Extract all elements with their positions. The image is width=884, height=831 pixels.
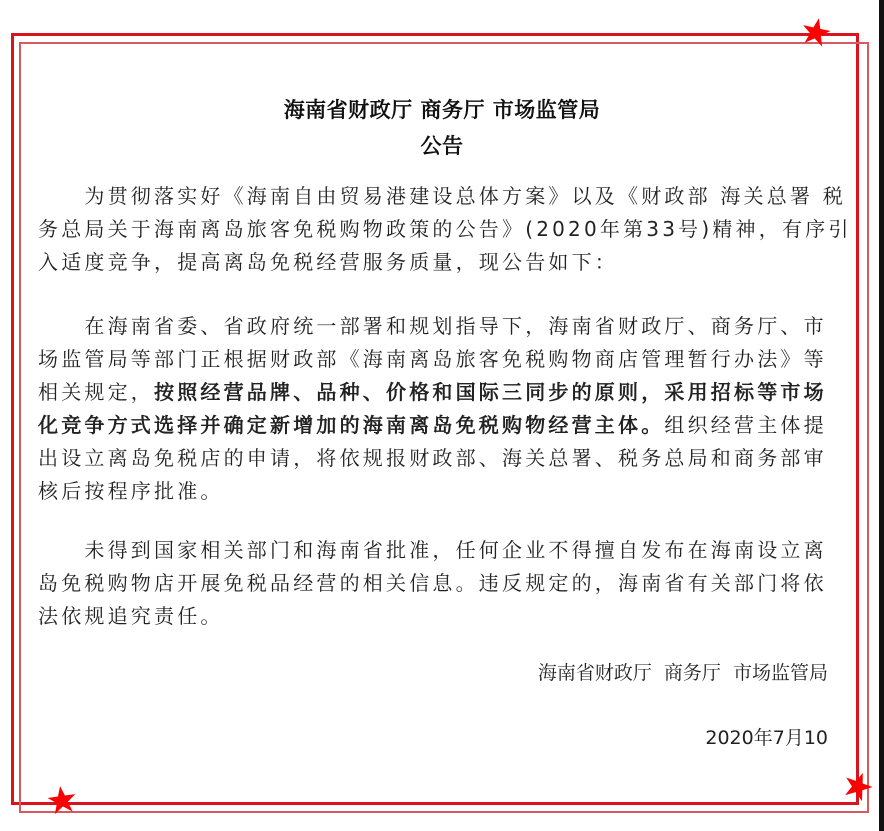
text-line: 在海南省委、省政府统一部署和规划指导下，海南省财政厅、商务厅、市 bbox=[38, 310, 827, 339]
text-line: 核后按程序批准。 bbox=[38, 475, 224, 504]
text-line: 场监管局等部门正根据财政部《海南离岛旅客免税购物商店管理暂行办法》等 bbox=[38, 343, 827, 372]
text-line: 未得到国家相关部门和海南省批准，任何企业不得擅自发布在海南设立离 bbox=[38, 534, 827, 563]
document-subtitle: 公告 bbox=[0, 130, 884, 160]
text-line: 化竞争方式选择并确定新增加的海南离岛免税购物经营主体。组织经营主体提 bbox=[38, 409, 827, 438]
star-icon bbox=[801, 17, 831, 47]
text-line: 相关规定，按照经营品牌、品种、价格和国际三同步的原则，采用招标等市场 bbox=[38, 376, 827, 405]
star-icon bbox=[843, 771, 873, 801]
text-line: 岛免税购物店开展免税品经营的相关信息。违反规定的，海南省有关部门将依 bbox=[38, 567, 827, 596]
right-edge-strip bbox=[879, 0, 884, 831]
text-line: 出设立离岛免税店的申请，将依规报财政部、海关总署、税务总局和商务部审 bbox=[38, 442, 827, 471]
star-icon bbox=[47, 785, 77, 815]
text-line: 法依规追究责任。 bbox=[38, 600, 224, 629]
text-line: 入适度竞争，提高离岛免税经营服务质量，现公告如下： bbox=[38, 246, 618, 275]
text-line: 务总局关于海南离岛旅客免税购物政策的公告》(2020年第33号)精神，有序引 bbox=[38, 213, 852, 242]
date: 2020年7月10 bbox=[705, 723, 828, 750]
text-normal: 相关规定， bbox=[38, 380, 154, 404]
signature: 海南省财政厅 商务厅 市场监管局 bbox=[538, 658, 828, 685]
text-bold: 化竞争方式选择并确定新增加的海南离岛免税购物经营主体。 bbox=[38, 413, 664, 437]
text-normal: 组织经营主体提 bbox=[664, 413, 826, 437]
text-bold: 按照经营品牌、品种、价格和国际三同步的原则，采用招标等市场 bbox=[154, 380, 827, 404]
text-line: 为贯彻落实好《海南自由贸易港建设总体方案》以及《财政部 海关总署 税 bbox=[38, 180, 846, 209]
document-title: 海南省财政厅 商务厅 市场监管局 bbox=[0, 94, 884, 124]
